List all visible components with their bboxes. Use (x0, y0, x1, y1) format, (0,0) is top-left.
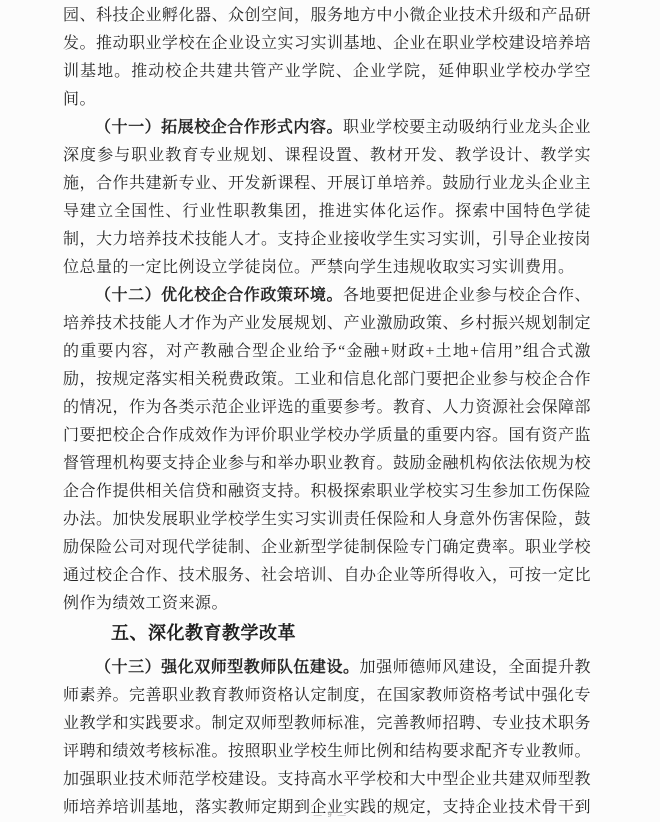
paragraph-text: 园、科技企业孵化器、众创空间，服务地方中小微企业技术升级和产品研发。推动职业学校… (63, 7, 591, 108)
paragraph-item-11: （十一）拓展校企合作形式内容。职业学校要主动吸纳行业龙头企业深度参与职业教育专业… (63, 114, 591, 282)
document-text-block: 园、科技企业孵化器、众创空间，服务地方中小微企业技术升级和产品研发。推动职业学校… (63, 0, 591, 822)
paragraph-item-12: （十二）优化校企合作政策环境。各地要把促进企业参与校企合作、培养技术技能人才作为… (63, 282, 591, 618)
paragraph-lead-bold: （十二）优化校企合作政策环境。 (95, 287, 343, 304)
paragraph-item-13: （十三）强化双师型教师队伍建设。加强师德师风建设，全面提升教师素养。完善职业教育… (63, 654, 591, 822)
paragraph-continuation: 园、科技企业孵化器、众创空间，服务地方中小微企业技术升级和产品研发。推动职业学校… (63, 2, 591, 114)
paragraph-lead-bold: （十三）强化双师型教师队伍建设。 (95, 659, 360, 676)
paragraph-text: 加强师德师风建设，全面提升教师素养。完善职业教育教师资格认定制度，在国家教师资格… (63, 659, 591, 816)
section-heading: 五、深化教育教学改革 (63, 619, 591, 647)
page-number: — 9 — (314, 810, 348, 819)
paragraph-lead-bold: （十一）拓展校企合作形式内容。 (95, 119, 343, 136)
paragraph-text: 各地要把促进企业参与校企合作、培养技术技能人才作为产业发展规划、产业激励政策、乡… (63, 287, 591, 612)
paragraph-text: 职业学校要主动吸纳行业龙头企业深度参与职业教育专业规划、课程设置、教材开发、教学… (63, 119, 591, 276)
document-page: 园、科技企业孵化器、众创空间，服务地方中小微企业技术升级和产品研发。推动职业学校… (0, 0, 660, 822)
